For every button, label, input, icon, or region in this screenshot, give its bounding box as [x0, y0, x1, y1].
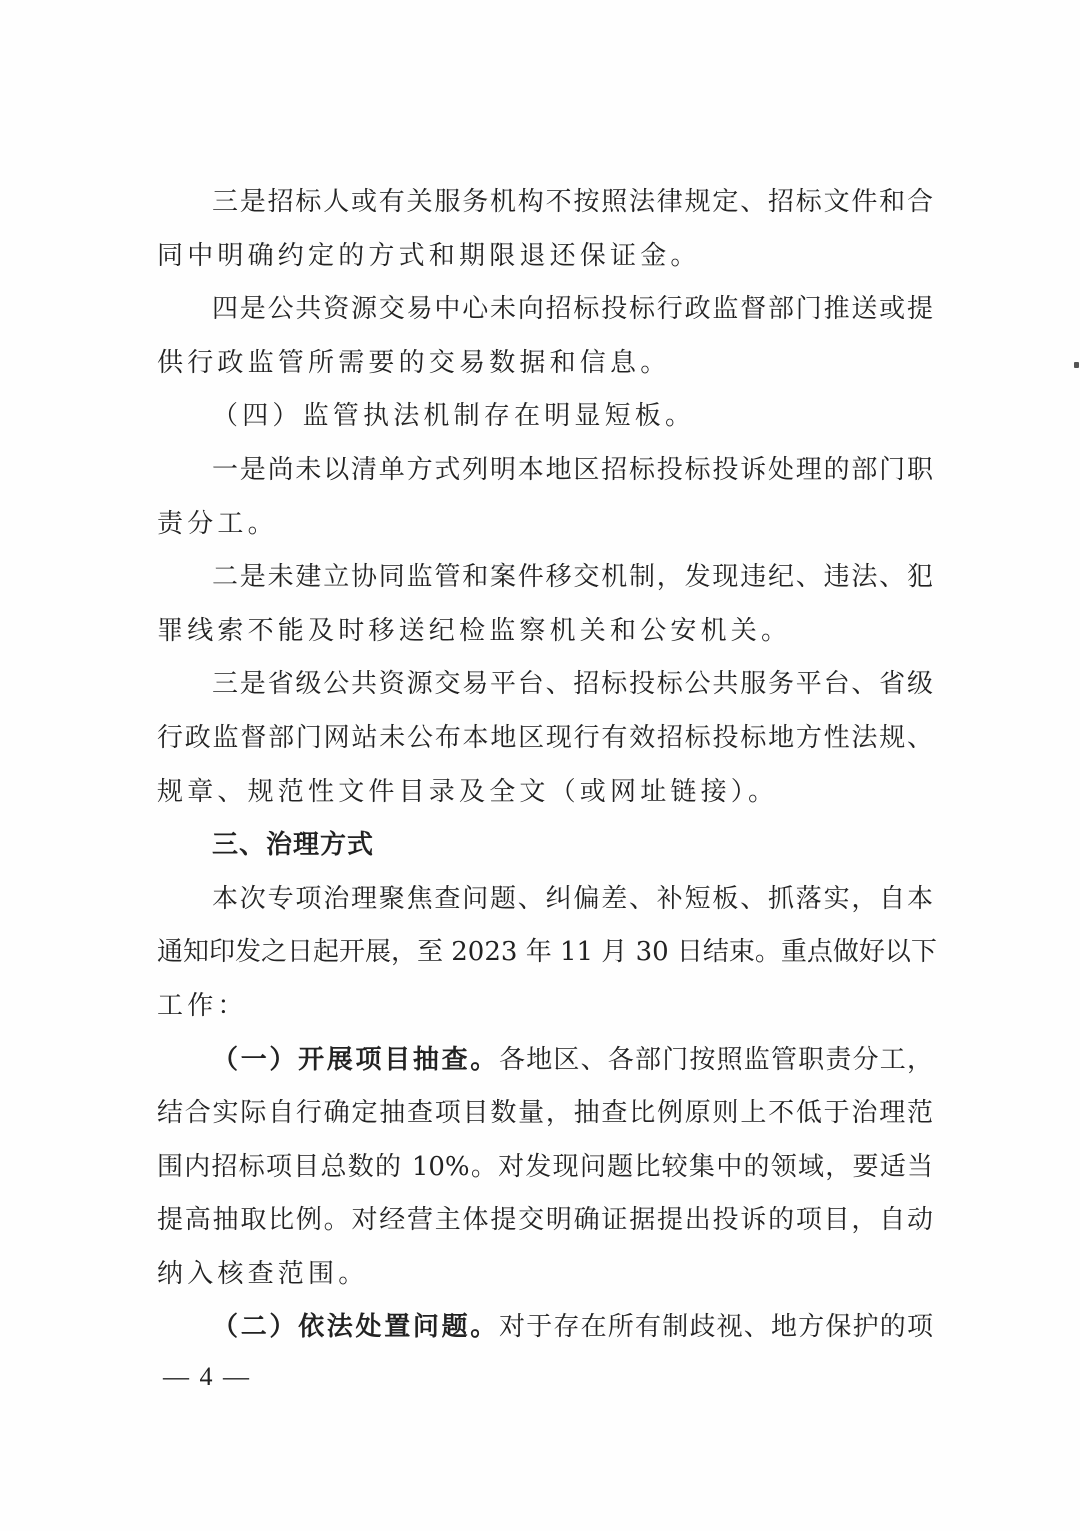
paragraph-line: 责分工。 [157, 498, 933, 552]
paragraph-line: 结合实际自行确定抽查项目数量，抽查比例原则上不低于治理范 [157, 1087, 933, 1141]
paragraph-line: 纳入核查范围。 [157, 1248, 933, 1302]
paragraph-line: 罪线索不能及时移送纪检监察机关和公安机关。 [157, 605, 933, 659]
paragraph-line: 四是公共资源交易中心未向招标投标行政监督部门推送或提 [157, 283, 933, 337]
paragraph-line: 二是未建立协同监管和案件移交机制，发现违纪、违法、犯 [157, 551, 933, 605]
paragraph-line: 三是招标人或有关服务机构不按照法律规定、招标文件和合 [157, 176, 933, 230]
paragraph-line: 围内招标项目总数的 10%。对发现问题比较集中的领域，要适当 [157, 1141, 933, 1195]
section-heading: 三、治理方式 [157, 819, 933, 873]
item-heading: （二）依法处置问题。 [212, 1312, 499, 1342]
item-heading: （一）开展项目抽查。 [212, 1045, 499, 1075]
scan-artifact [1074, 362, 1079, 368]
paragraph-line: 同中明确约定的方式和期限退还保证金。 [157, 230, 933, 284]
paragraph-line: 通知印发之日起开展，至 2023 年 11 月 30 日结束。重点做好以下 [157, 926, 933, 980]
paragraph-line: 一是尚未以清单方式列明本地区招标投标投诉处理的部门职 [157, 444, 933, 498]
document-body: 三是招标人或有关服务机构不按照法律规定、招标文件和合 同中明确约定的方式和期限退… [157, 176, 933, 1355]
paragraph-line: 提高抽取比例。对经营主体提交明确证据提出投诉的项目，自动 [157, 1194, 933, 1248]
paragraph-line: 本次专项治理聚焦查问题、纠偏差、补短板、抓落实，自本 [157, 873, 933, 927]
page-number: — 4 — [163, 1362, 251, 1392]
item-text: 对于存在所有制歧视、地方保护的项 [499, 1312, 933, 1342]
paragraph-line: 规章、规范性文件目录及全文（或网址链接）。 [157, 766, 933, 820]
paragraph-line: 供行政监管所需要的交易数据和信息。 [157, 337, 933, 391]
paragraph-line: 三是省级公共资源交易平台、招标投标公共服务平台、省级 [157, 658, 933, 712]
paragraph-line: （一）开展项目抽查。各地区、各部门按照监管职责分工， [157, 1034, 933, 1088]
paragraph-line: （二）依法处置问题。对于存在所有制歧视、地方保护的项 [157, 1301, 933, 1355]
item-text: 各地区、各部门按照监管职责分工， [499, 1045, 933, 1075]
subsection-heading-line: （四）监管执法机制存在明显短板。 [157, 390, 933, 444]
paragraph-line: 行政监督部门网站未公布本地区现行有效招标投标地方性法规、 [157, 712, 933, 766]
paragraph-line: 工作： [157, 980, 933, 1034]
document-page: 三是招标人或有关服务机构不按照法律规定、招标文件和合 同中明确约定的方式和期限退… [0, 0, 1080, 1531]
